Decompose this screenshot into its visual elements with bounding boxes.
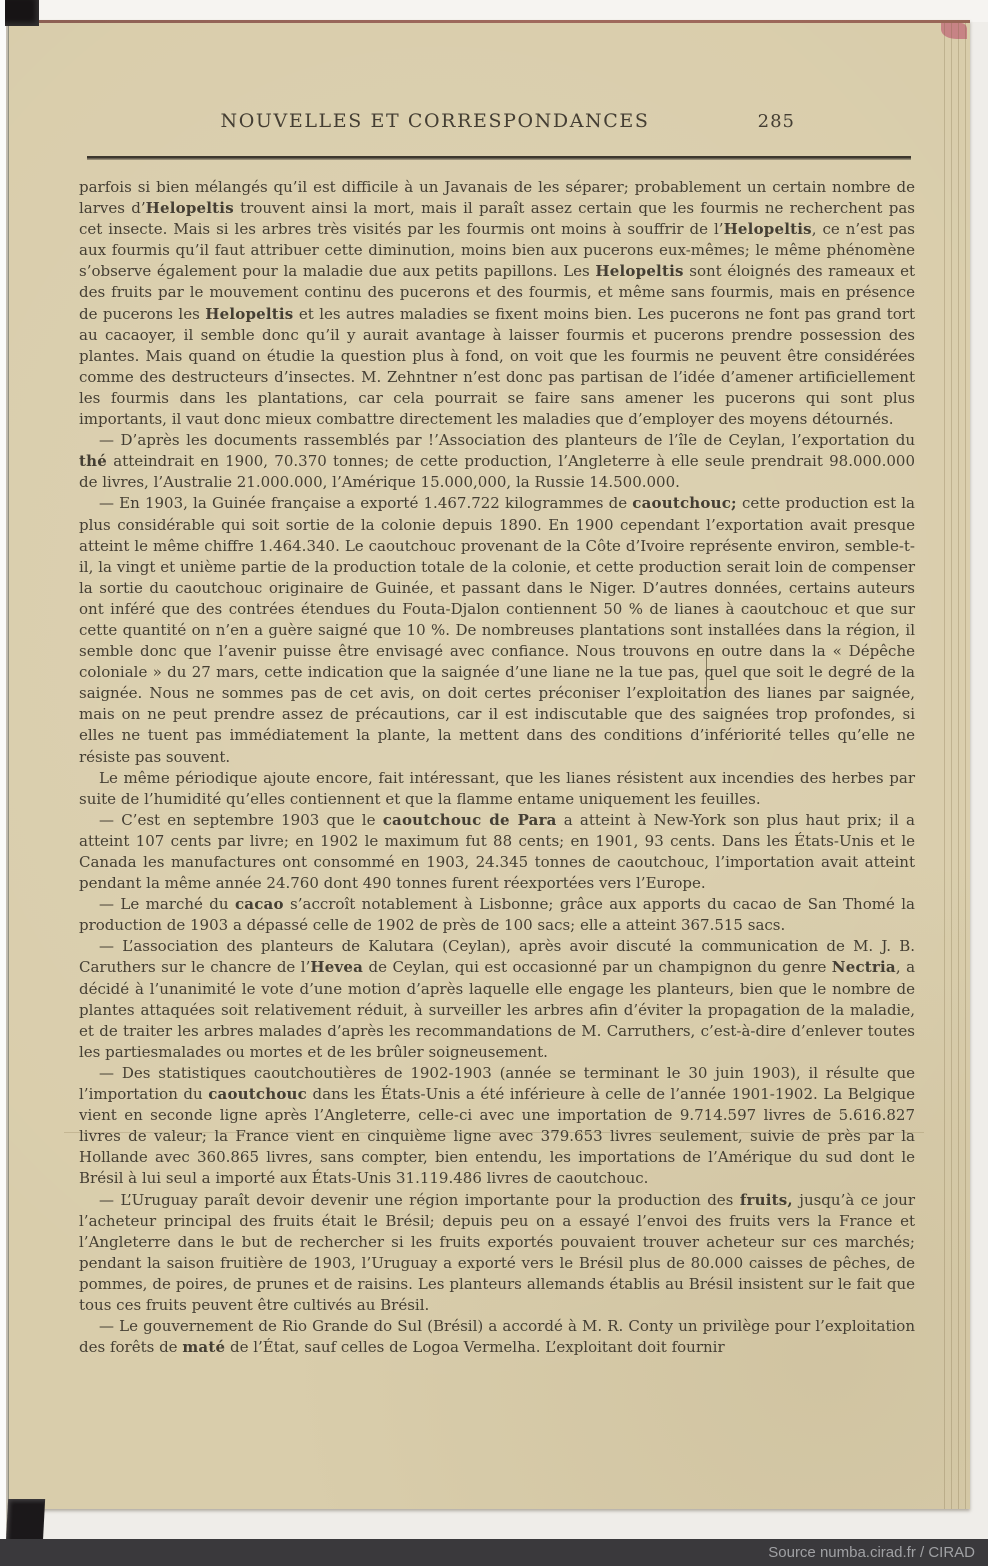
article-body: parfois si bien mélangés qu’il est diffi…	[79, 177, 915, 1358]
paragraph: parfois si bien mélangés qu’il est diffi…	[79, 177, 915, 430]
binding-clamp-top	[5, 0, 39, 26]
header-rule	[87, 156, 911, 160]
paragraph: — D’après les documents rassemblés par !…	[79, 430, 915, 493]
paragraph: — L’Uruguay paraît devoir devenir une ré…	[79, 1190, 915, 1317]
paragraph: Le même périodique ajoute encore, fait i…	[79, 768, 915, 810]
page-edge-stack	[940, 23, 970, 1509]
paragraph: — En 1903, la Guinée française a exporté…	[79, 493, 915, 767]
text-run: — L’Uruguay paraît devoir devenir une ré…	[99, 1191, 740, 1209]
text-run: atteindrait en 1900, 70.370 tonnes; de c…	[79, 452, 915, 491]
bold-term: Hevea	[310, 958, 363, 976]
bold-term: Helopeltis	[724, 220, 812, 238]
bold-term: Helopeltis	[205, 305, 293, 323]
text-run: jusqu’à ce jour l’acheteur principal des…	[79, 1191, 915, 1314]
bold-term: maté	[182, 1338, 225, 1356]
bold-term: caoutchouc;	[632, 494, 737, 512]
paragraph: — Le marché du cacao s’accroît notableme…	[79, 894, 915, 936]
scan-left-margin	[0, 0, 9, 1566]
source-credit-text: Source numba.cirad.fr / CIRAD	[768, 1544, 975, 1561]
paragraph: — Le gouvernement de Rio Grande do Sul (…	[79, 1316, 915, 1358]
text-run: — C’est en septembre 1903 que le	[99, 811, 383, 829]
text-run: de Ceylan, qui est occasionné par un cha…	[363, 958, 832, 976]
text-run: et les autres maladies se fixent moins b…	[79, 305, 915, 428]
scanned-page-frame: NOUVELLES ET CORRESPONDANCES 285 parfois…	[0, 0, 988, 1566]
bold-term: caoutchouc	[208, 1085, 307, 1103]
text-run: de l’État, sauf celles de Logoa Vermelha…	[225, 1338, 724, 1356]
bold-term: thé	[79, 452, 107, 470]
page-top-edge	[9, 20, 970, 23]
bold-term: fruits,	[740, 1191, 793, 1209]
bold-term: caoutchouc de Para	[383, 811, 557, 829]
text-run: — Le marché du	[99, 895, 235, 913]
paragraph: — Des statistiques caoutchoutières de 19…	[79, 1063, 915, 1190]
paragraph: — C’est en septembre 1903 que le caoutch…	[79, 810, 915, 894]
bold-term: cacao	[235, 895, 284, 913]
text-run: — En 1903, la Guinée française a exporté…	[99, 494, 632, 512]
text-run: — D’après les documents rassemblés par !…	[99, 431, 915, 449]
bold-term: Nectria	[832, 958, 896, 976]
bold-term: Helopeltis	[146, 199, 234, 217]
book-page: NOUVELLES ET CORRESPONDANCES 285 parfois…	[9, 20, 970, 1509]
page-number: 285	[758, 111, 795, 132]
running-title: NOUVELLES ET CORRESPONDANCES	[79, 110, 791, 132]
paragraph: — L’association des planteurs de Kalutar…	[79, 936, 915, 1063]
text-run: Le même périodique ajoute encore, fait i…	[79, 769, 915, 808]
bold-term: Helopeltis	[595, 262, 683, 280]
binding-clamp-bottom	[6, 1499, 45, 1543]
page-header: NOUVELLES ET CORRESPONDANCES 285	[79, 110, 913, 140]
text-run: cette production est la plus considérabl…	[79, 494, 915, 765]
source-credit-bar: Source numba.cirad.fr / CIRAD	[0, 1539, 988, 1566]
